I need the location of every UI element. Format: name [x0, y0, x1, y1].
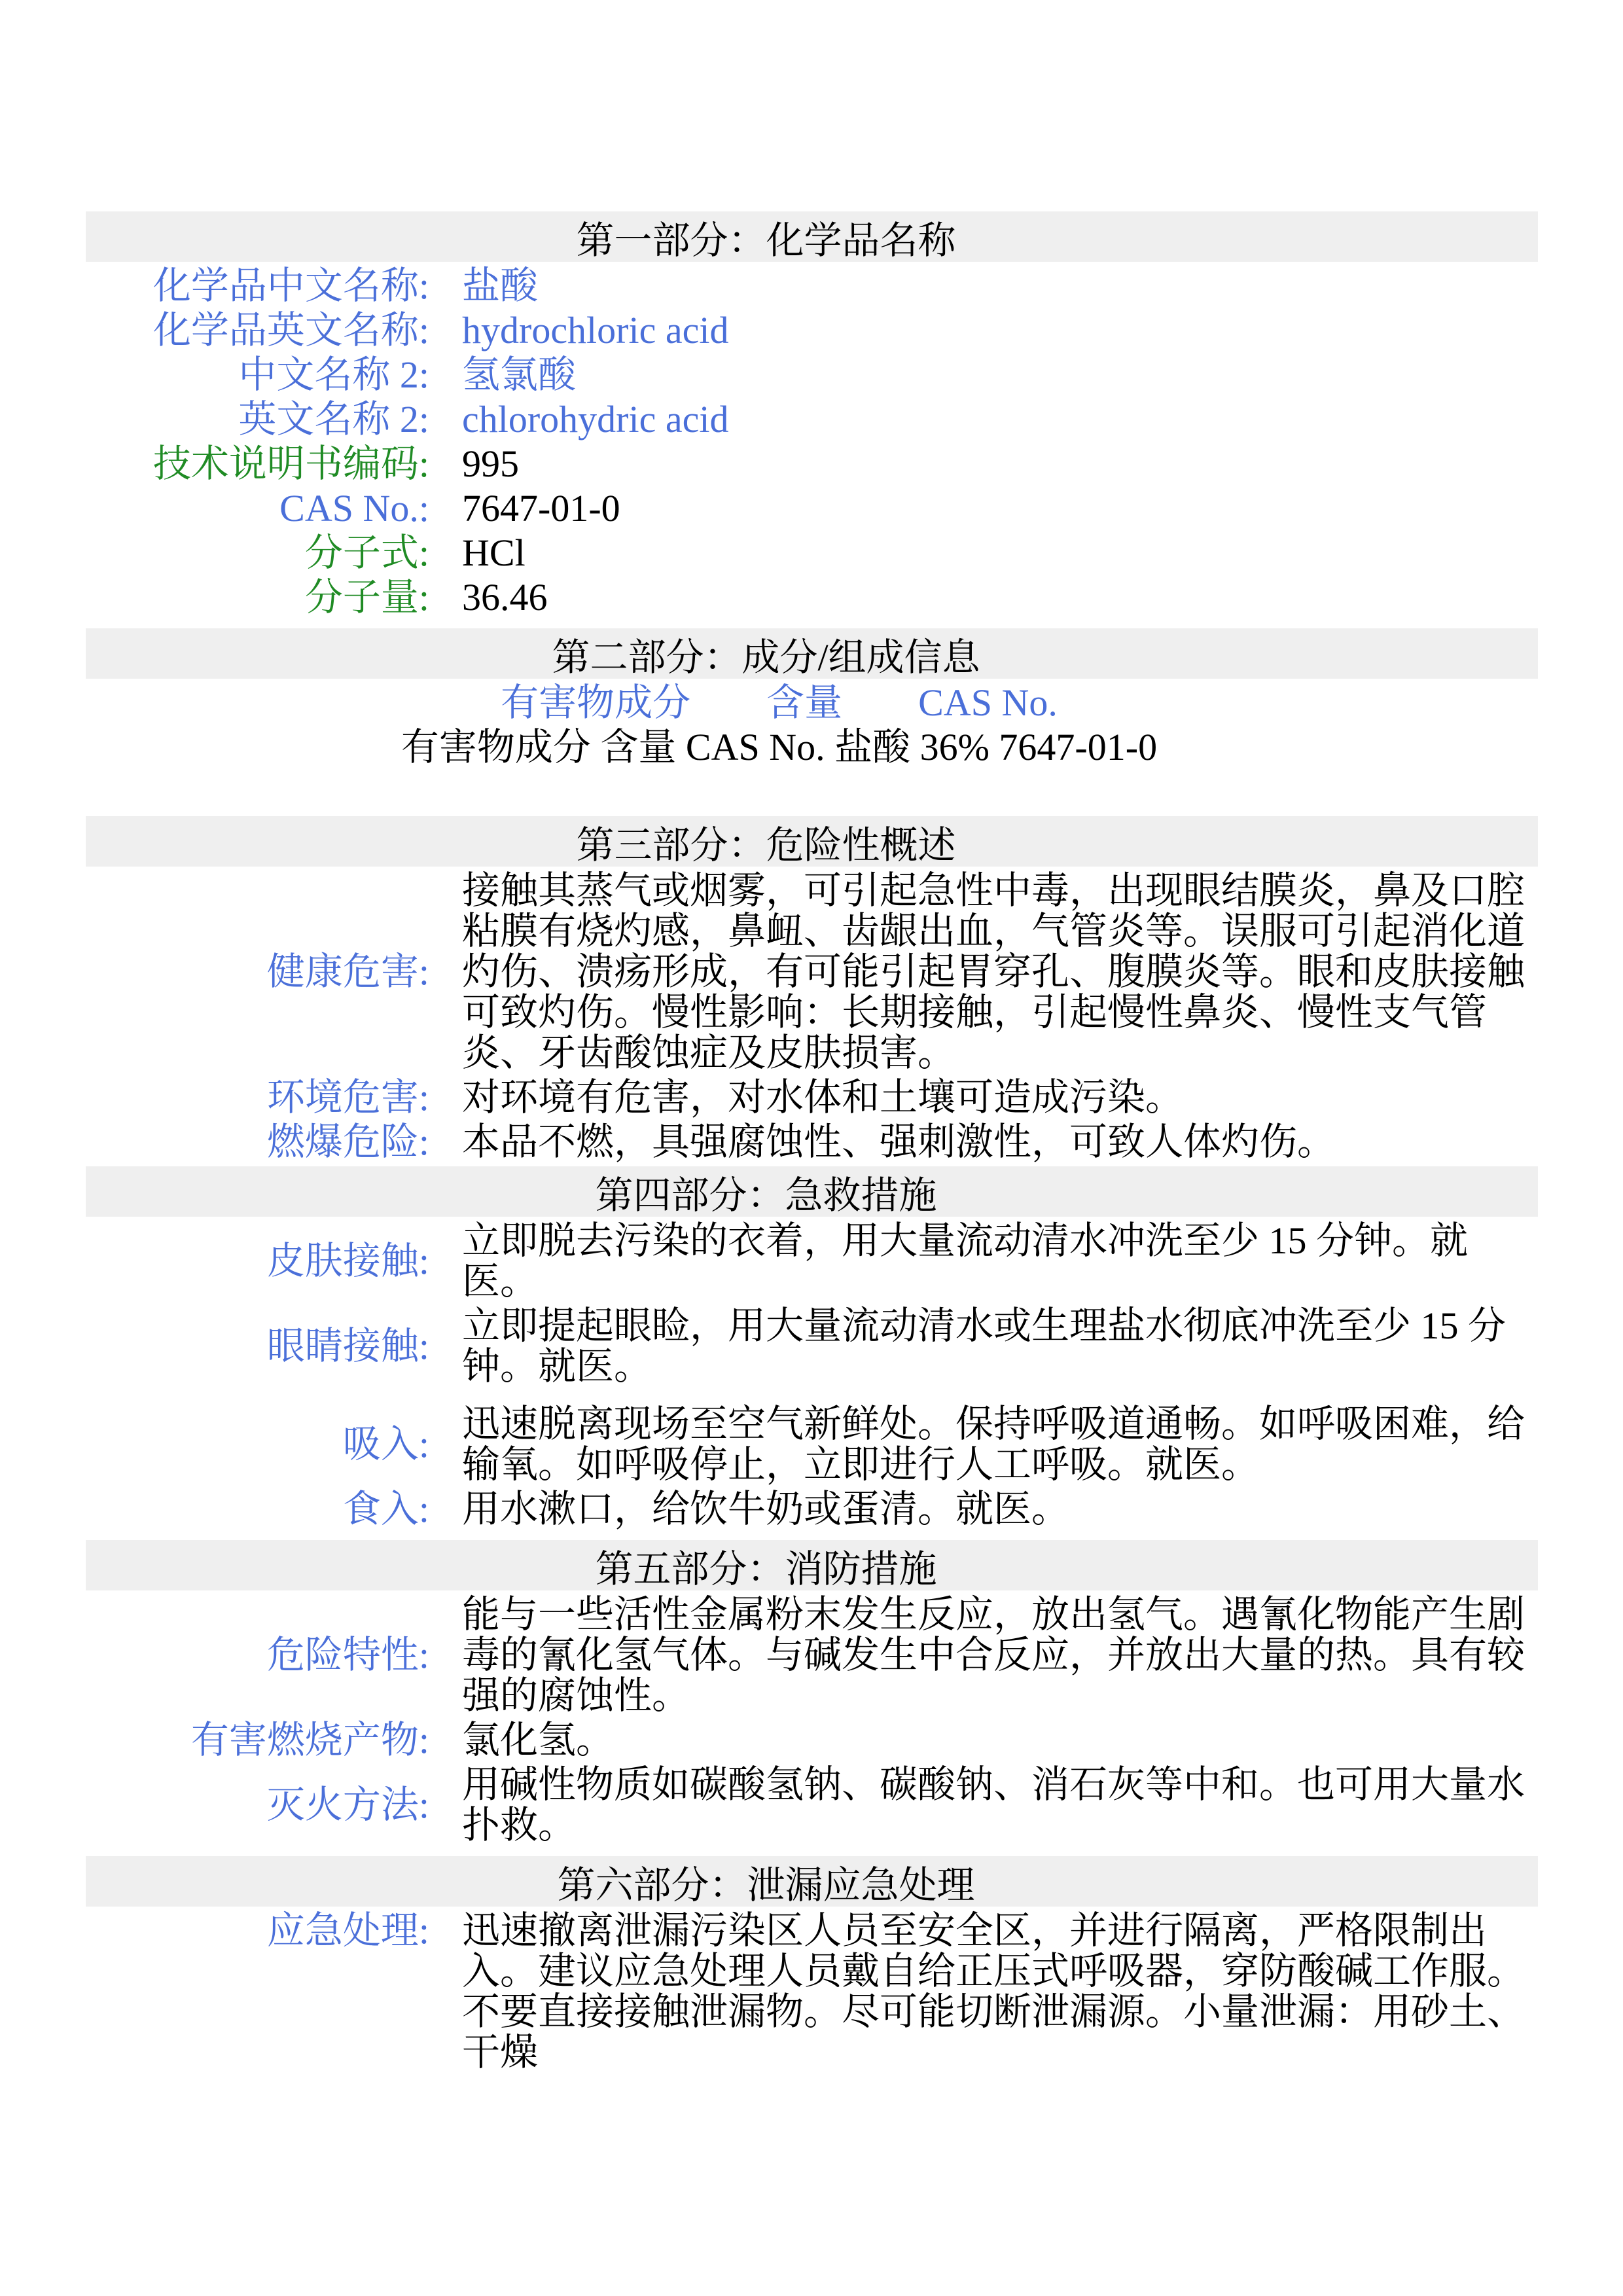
field-value-ingestion: 用水漱口，给饮牛奶或蛋清。就医。 [462, 1489, 1538, 1530]
field-label-fire-fighting-method: 灭火方法: [86, 1785, 429, 1825]
field-value-tech-sheet-code: 995 [462, 444, 1538, 484]
field-row-explosion-hazard: 燃爆危险: 本品不燃，具强腐蚀性、强刺激性，可致人体灼伤。 [86, 1122, 1538, 1162]
section-1-header-bar: 第一部分：化学品名称 [86, 211, 1538, 262]
field-value-inhalation: 迅速脱离现场至空气新鲜处。保持呼吸道通畅。如呼吸困难，给输氧。如呼吸停止，立即进… [462, 1404, 1538, 1485]
field-label-environment-hazard: 环境危害: [86, 1077, 429, 1118]
field-row-molecular-formula: 分子式: HCl [86, 533, 1538, 573]
field-value-explosion-hazard: 本品不燃，具强腐蚀性、强刺激性，可致人体灼伤。 [462, 1122, 1538, 1162]
field-label-hazard-characteristics: 危险特性: [86, 1635, 429, 1676]
field-row-harmful-combustion-products: 有害燃烧产物: 氯化氢。 [86, 1720, 1538, 1761]
field-label-skin-contact: 皮肤接触: [86, 1241, 429, 1282]
field-label-harmful-combustion-products: 有害燃烧产物: [86, 1720, 429, 1761]
section-2-title: 第二部分：成分/组成信息 [552, 626, 980, 681]
field-label-eye-contact: 眼睛接触: [86, 1326, 429, 1367]
field-row-cas-no: CAS No.: 7647-01-0 [86, 488, 1538, 529]
field-value-harmful-combustion-products: 氯化氢。 [462, 1720, 1538, 1761]
field-label-emergency-treatment: 应急处理: [86, 1910, 429, 1951]
field-label-chinese-name-2: 中文名称 2: [86, 355, 429, 395]
field-value-skin-contact: 立即脱去污染的衣着，用大量流动清水冲洗至少 15 分钟。就医。 [462, 1221, 1538, 1302]
field-label-molecular-formula: 分子式: [86, 533, 429, 573]
field-label-english-name-2: 英文名称 2: [86, 399, 429, 440]
field-row-english-name-2: 英文名称 2: chlorohydric acid [86, 399, 1538, 440]
field-value-emergency-treatment: 迅速撤离泄漏污染区人员至安全区，并进行隔离，严格限制出入。建议应急处理人员戴自给… [462, 1910, 1538, 2073]
section-2-header-bar: 第二部分：成分/组成信息 [86, 628, 1538, 679]
field-value-english-name: hydrochloric acid [462, 310, 1538, 351]
field-label-health-hazard: 健康危害: [86, 952, 429, 992]
field-label-molecular-weight: 分子量: [86, 577, 429, 618]
field-label-ingestion: 食入: [86, 1489, 429, 1530]
field-row-chinese-name: 化学品中文名称: 盐酸 [86, 266, 1538, 306]
section-1-title: 第一部分：化学品名称 [576, 209, 955, 264]
composition-header-row: 有害物成分 含量 CAS No. [86, 683, 1538, 723]
field-value-chinese-name-2: 氢氯酸 [462, 355, 1538, 395]
field-row-fire-fighting-method: 灭火方法: 用碱性物质如碳酸氢钠、碳酸钠、消石灰等中和。也可用大量水扑救。 [86, 1765, 1538, 1846]
field-row-hazard-characteristics: 危险特性: 能与一些活性金属粉末发生反应，放出氢气。遇氰化物能产生剧毒的氰化氢气… [86, 1594, 1538, 1716]
section-5-title: 第五部分：消防措施 [595, 1538, 936, 1593]
field-row-ingestion: 食入: 用水漱口，给饮牛奶或蛋清。就医。 [86, 1489, 1538, 1530]
field-row-chinese-name-2: 中文名称 2: 氢氯酸 [86, 355, 1538, 395]
section-6-header-bar: 第六部分：泄漏应急处理 [86, 1856, 1538, 1907]
field-label-explosion-hazard: 燃爆危险: [86, 1122, 429, 1162]
section-3-header-bar: 第三部分：危险性概述 [86, 816, 1538, 867]
document-content: 第一部分：化学品名称 化学品中文名称: 盐酸 化学品英文名称: hydrochl… [86, 211, 1538, 2073]
msds-document-page: 第一部分：化学品名称 化学品中文名称: 盐酸 化学品英文名称: hydrochl… [0, 0, 1623, 2296]
field-value-chinese-name: 盐酸 [462, 266, 1538, 306]
field-row-skin-contact: 皮肤接触: 立即脱去污染的衣着，用大量流动清水冲洗至少 15 分钟。就医。 [86, 1221, 1538, 1302]
field-row-emergency-treatment: 应急处理: 迅速撤离泄漏污染区人员至安全区，并进行隔离，严格限制出入。建议应急处… [86, 1910, 1538, 2073]
field-row-health-hazard: 健康危害: 接触其蒸气或烟雾，可引起急性中毒，出现眼结膜炎，鼻及口腔粘膜有烧灼感… [86, 870, 1538, 1073]
field-label-english-name: 化学品英文名称: [86, 310, 429, 351]
field-row-english-name: 化学品英文名称: hydrochloric acid [86, 310, 1538, 351]
field-value-english-name-2: chlorohydric acid [462, 399, 1538, 440]
section-5-header-bar: 第五部分：消防措施 [86, 1540, 1538, 1590]
field-label-cas-no: CAS No.: [86, 488, 429, 529]
section-6-title: 第六部分：泄漏应急处理 [557, 1854, 974, 1909]
field-row-environment-hazard: 环境危害: 对环境有危害，对水体和土壤可造成污染。 [86, 1077, 1538, 1118]
field-row-tech-sheet-code: 技术说明书编码: 995 [86, 444, 1538, 484]
section-4-header-bar: 第四部分：急救措施 [86, 1166, 1538, 1217]
field-label-chinese-name: 化学品中文名称: [86, 266, 429, 306]
field-value-cas-no: 7647-01-0 [462, 488, 1538, 529]
field-value-environment-hazard: 对环境有危害，对水体和土壤可造成污染。 [462, 1077, 1538, 1118]
field-value-molecular-weight: 36.46 [462, 577, 1538, 618]
section-4-title: 第四部分：急救措施 [595, 1164, 936, 1219]
field-label-tech-sheet-code: 技术说明书编码: [86, 444, 429, 484]
composition-data-row: 有害物成分 含量 CAS No. 盐酸 36% 7647-01-0 [86, 727, 1538, 768]
field-row-inhalation: 吸入: 迅速脱离现场至空气新鲜处。保持呼吸道通畅。如呼吸困难，给输氧。如呼吸停止… [86, 1404, 1538, 1485]
field-row-eye-contact: 眼睛接触: 立即提起眼睑，用大量流动清水或生理盐水彻底冲洗至少 15 分钟。就医… [86, 1306, 1538, 1387]
field-label-inhalation: 吸入: [86, 1424, 429, 1465]
field-value-molecular-formula: HCl [462, 533, 1538, 573]
section-3-title: 第三部分：危险性概述 [576, 814, 955, 869]
field-value-fire-fighting-method: 用碱性物质如碳酸氢钠、碳酸钠、消石灰等中和。也可用大量水扑救。 [462, 1765, 1538, 1846]
field-value-hazard-characteristics: 能与一些活性金属粉末发生反应，放出氢气。遇氰化物能产生剧毒的氰化氢气体。与碱发生… [462, 1594, 1538, 1716]
field-row-molecular-weight: 分子量: 36.46 [86, 577, 1538, 618]
field-value-health-hazard: 接触其蒸气或烟雾，可引起急性中毒，出现眼结膜炎，鼻及口腔粘膜有烧灼感，鼻衄、齿龈… [462, 870, 1538, 1073]
field-value-eye-contact: 立即提起眼睑，用大量流动清水或生理盐水彻底冲洗至少 15 分钟。就医。 [462, 1306, 1538, 1387]
